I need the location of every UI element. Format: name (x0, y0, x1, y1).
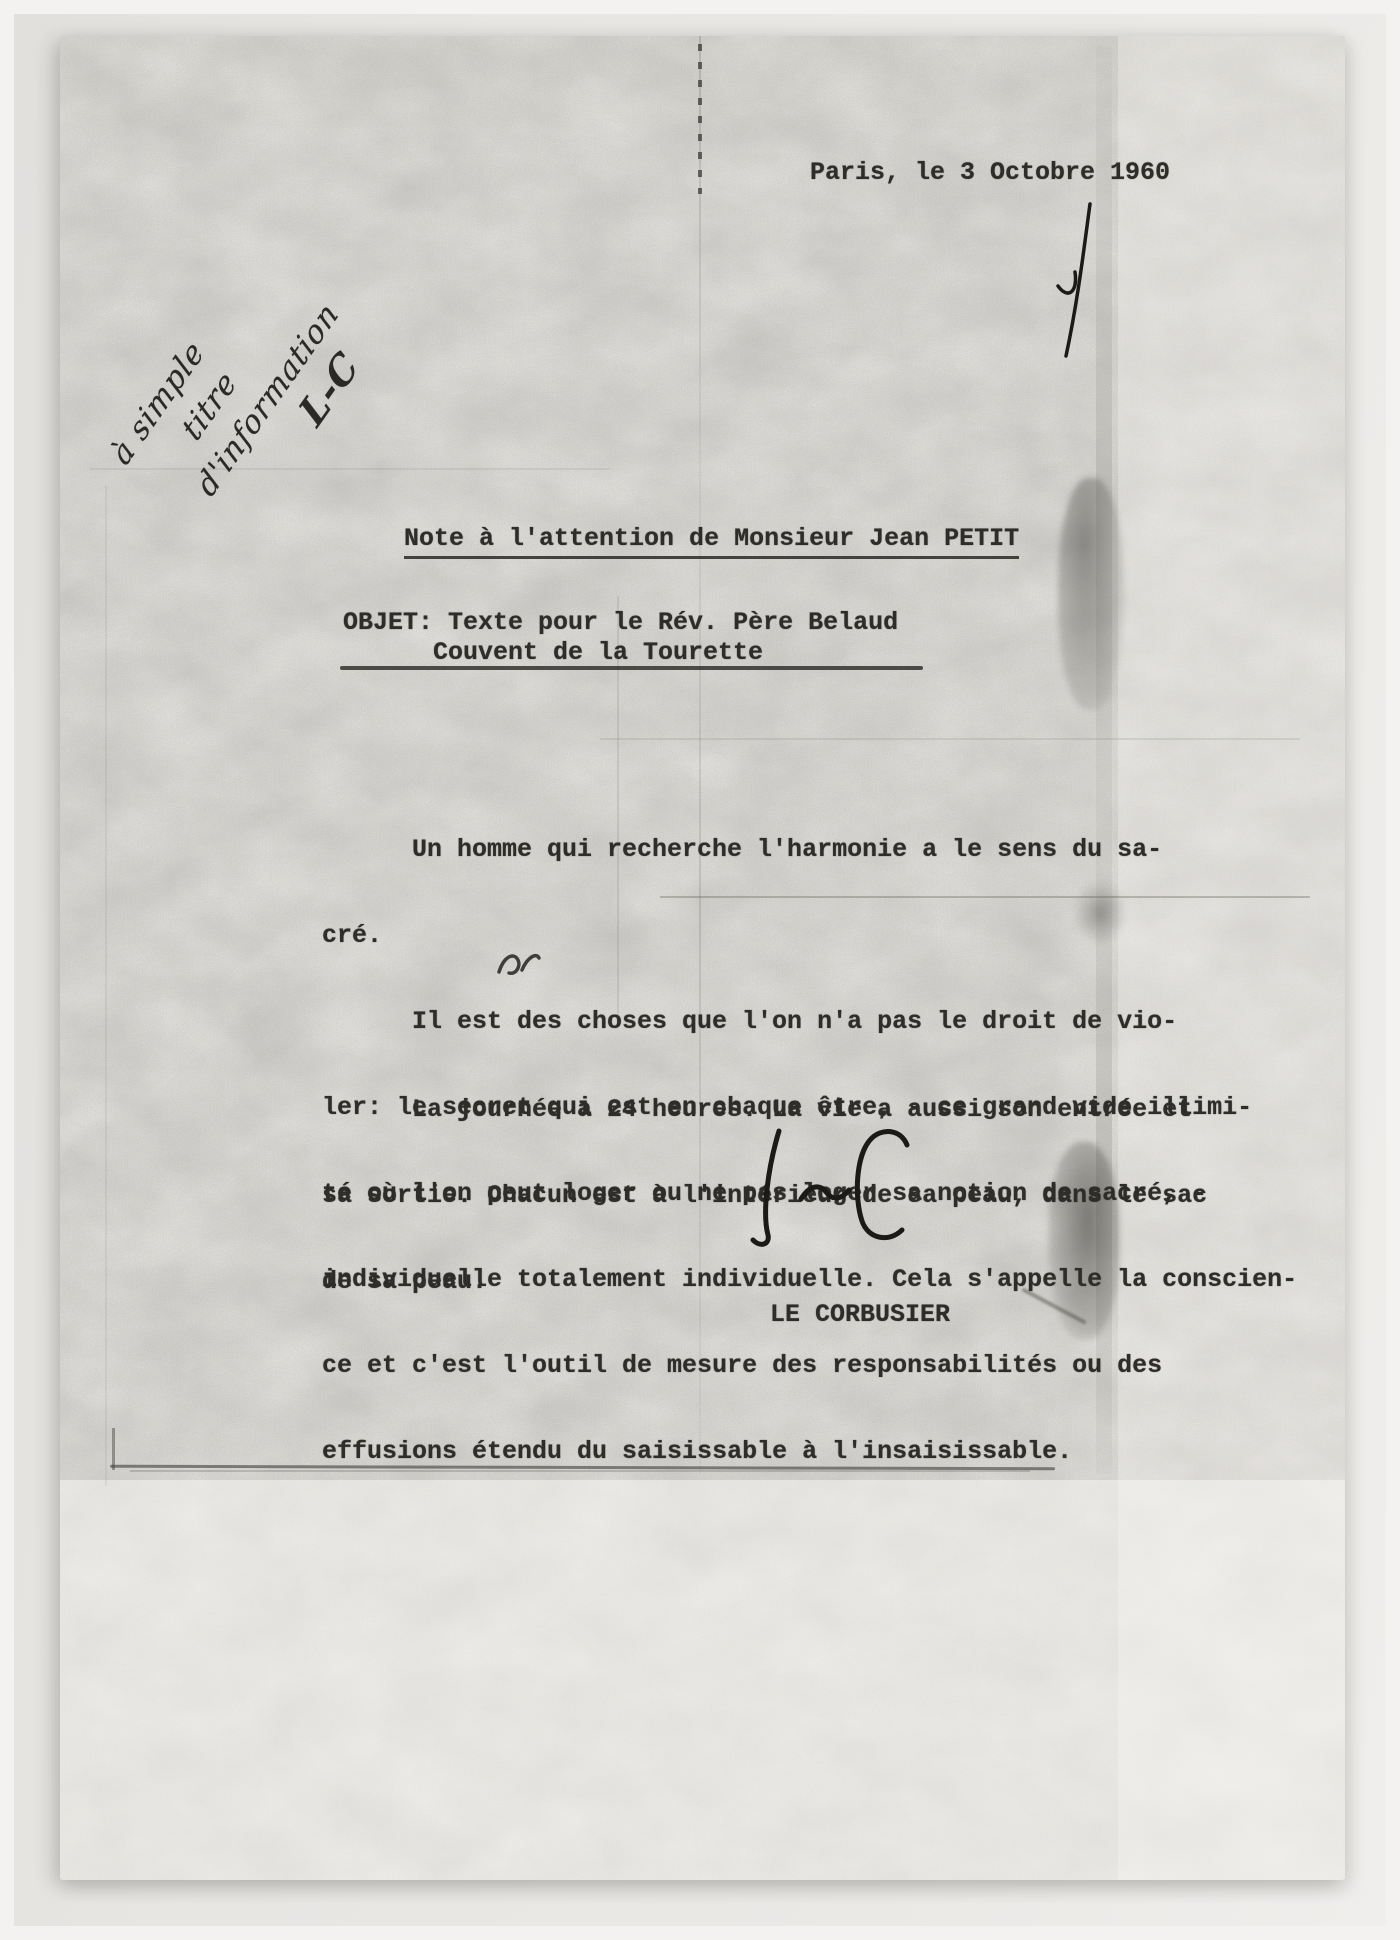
dateline: Paris, le 3 Octobre 1960 (810, 158, 1170, 187)
typed-line: ce et c'est l'outil de mesure des respon… (322, 1352, 1297, 1380)
note-heading-text: Note à l'attention de Monsieur Jean PETI… (404, 524, 1019, 559)
tear-smudge-mark (1058, 478, 1124, 710)
note-heading: Note à l'attention de Monsieur Jean PETI… (344, 495, 1019, 582)
typed-line: cré. (322, 922, 1297, 950)
typed-signature: LE CORBUSIER (770, 1300, 950, 1329)
subject-line-1: OBJET: Texte pour le Rév. Père Belaud (343, 608, 898, 637)
handwritten-lc-signature-icon (715, 1121, 930, 1266)
typed-line: effusions étendu du saisissable à l'insa… (322, 1438, 1297, 1466)
document-page: Paris, le 3 Octobre 1960 à simple titre … (60, 36, 1345, 1880)
handwritten-check-slash-icon (1050, 200, 1106, 372)
handwritten-margin-note: à simple titre d'information L-C (80, 136, 460, 481)
subject-line-2: Couvent de la Tourette (433, 638, 763, 667)
typed-line: Un homme qui recherche l'harmonie a le s… (322, 836, 1297, 864)
typed-line: La journée a 24 heures. La vie a aussi s… (322, 1096, 1207, 1124)
typed-line: Il est des choses que l'on n'a pas le dr… (322, 1008, 1297, 1036)
handwritten-overstrike-scribble-icon (496, 948, 542, 980)
typed-line: de sa peau. (322, 1268, 1207, 1296)
subject-underline (340, 666, 923, 670)
